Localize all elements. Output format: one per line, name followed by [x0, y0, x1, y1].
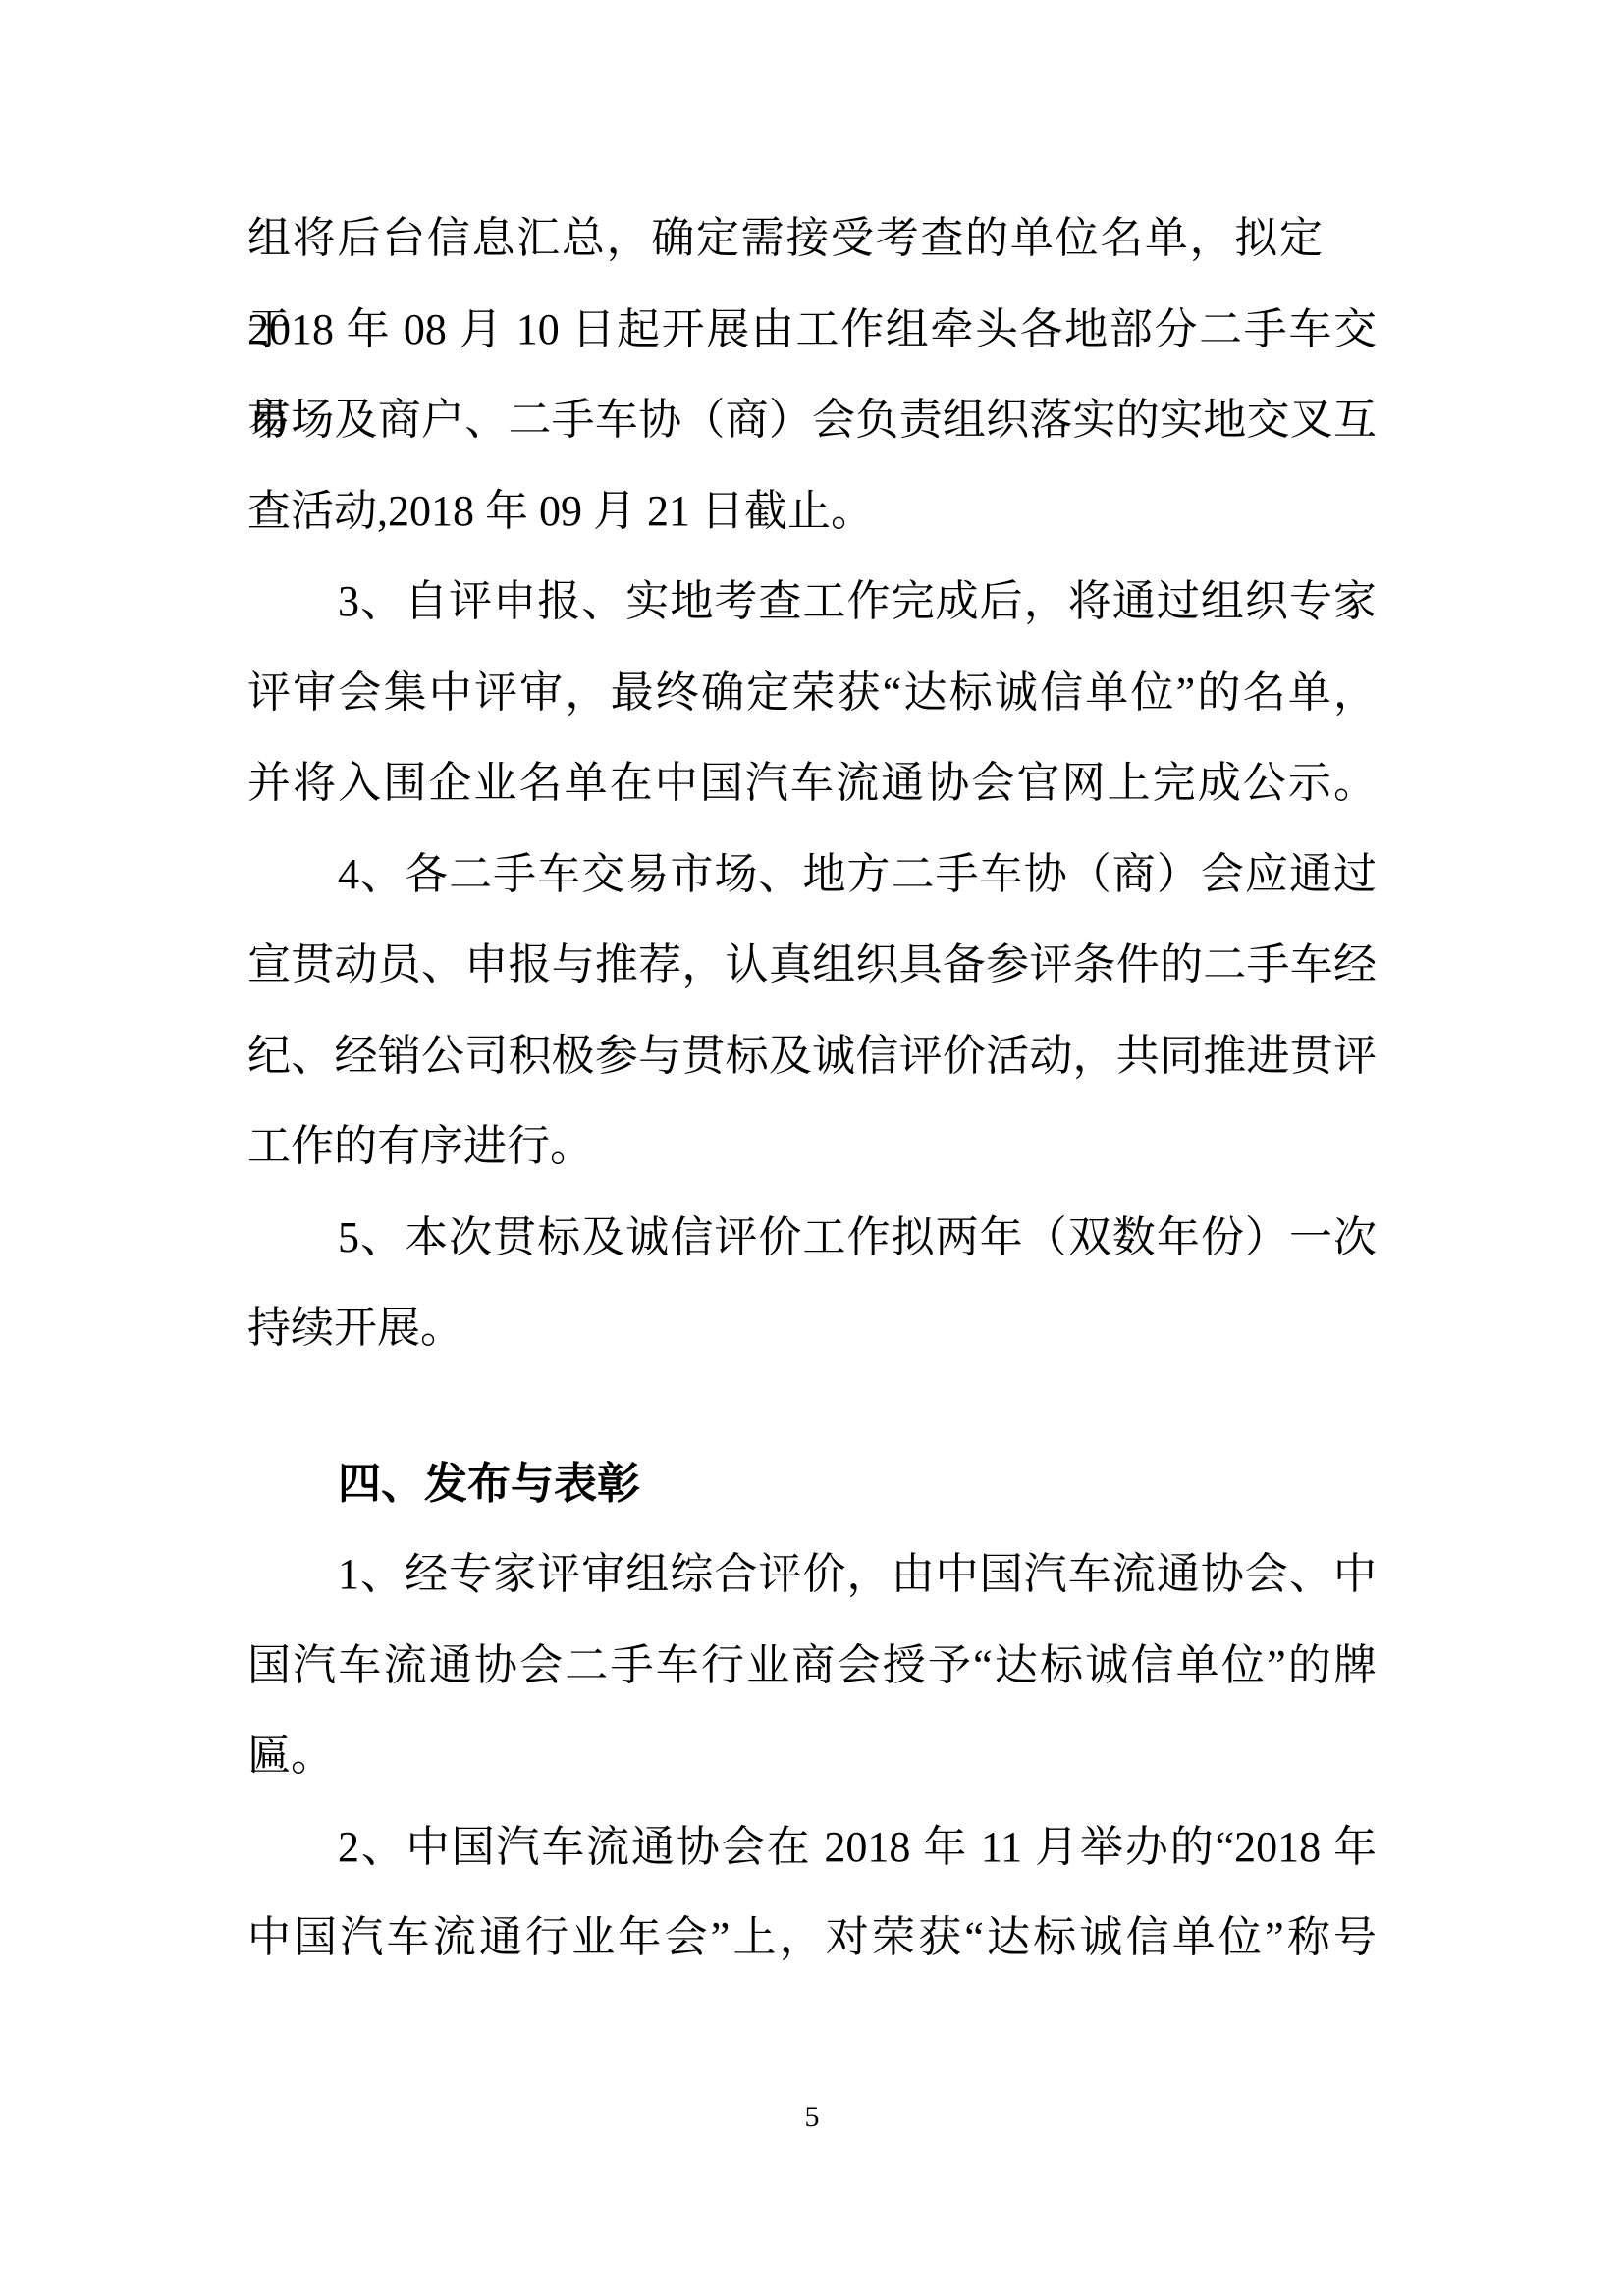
body-line: 持续开展。: [247, 1283, 1377, 1374]
page-number: 5: [0, 2103, 1624, 2132]
body-line: 纪、经销公司积极参与贯标及诚信评价活动，共同推进贯评: [247, 1011, 1377, 1102]
section-heading: 四、发布与表彰: [247, 1439, 1377, 1530]
body-line: 5、本次贯标及诚信评价工作拟两年（双数年份）一次: [247, 1193, 1377, 1284]
body-line: 查活动,2018 年 09 月 21 日截止。: [247, 466, 1377, 558]
body-line: 匾。: [247, 1711, 1377, 1802]
body-line: 评审会集中评审，最终确定荣获“达标诚信单位”的名单，: [247, 648, 1377, 739]
body-line: 2、中国汽车流通协会在 2018 年 11 月举办的“2018 年: [247, 1802, 1377, 1894]
body-line: 工作的有序进行。: [247, 1101, 1377, 1193]
body-line: 中国汽车流通行业年会”上，对荣获“达标诚信单位”称号: [247, 1893, 1377, 1984]
body-line: 国汽车流通协会二手车行业商会授予“达标诚信单位”的牌: [247, 1621, 1377, 1712]
section-gap: [247, 1374, 1377, 1439]
document-page: 组将后台信息汇总，确定需接受考查的单位名单，拟定于 2018 年 08 月 10…: [0, 0, 1624, 2296]
body-line: 2018 年 08 月 10 日起开展由工作组牵头各地部分二手车交易: [247, 285, 1377, 376]
body-line: 宣贯动员、申报与推荐，认真组织具备参评条件的二手车经: [247, 920, 1377, 1011]
body-line: 3、自评申报、实地考查工作完成后，将通过组织专家: [247, 557, 1377, 648]
document-body: 组将后台信息汇总，确定需接受考查的单位名单，拟定于 2018 年 08 月 10…: [247, 193, 1377, 1984]
body-line: 4、各二手车交易市场、地方二手车协（商）会应通过: [247, 829, 1377, 921]
body-line: 1、经专家评审组综合评价，由中国汽车流通协会、中: [247, 1529, 1377, 1621]
body-line: 组将后台信息汇总，确定需接受考查的单位名单，拟定于: [247, 193, 1323, 285]
body-line: 市场及商户、二手车协（商）会负责组织落实的实地交叉互: [247, 375, 1377, 466]
body-line: 并将入围企业名单在中国汽车流通协会官网上完成公示。: [247, 738, 1377, 829]
